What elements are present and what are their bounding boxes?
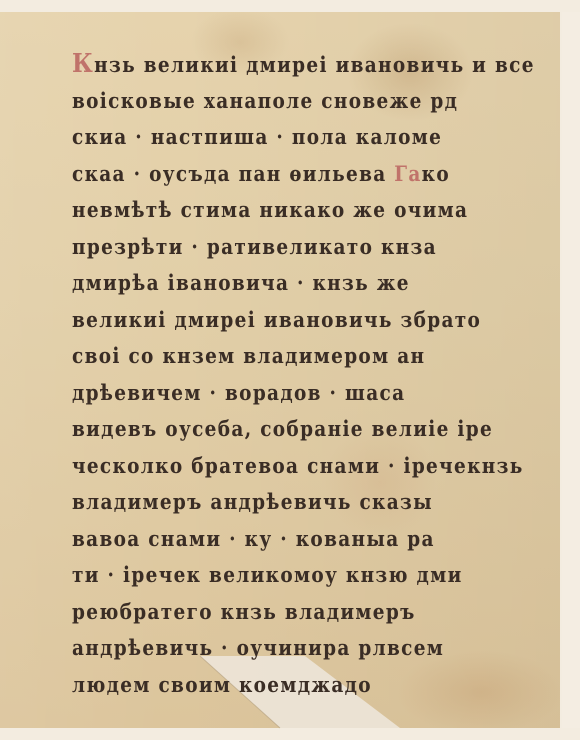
text-line-2: воісковые ханаполе сновеже рд — [72, 83, 494, 120]
right-page-margin — [562, 12, 580, 728]
text-line-11: видевъ оусеба, собраніе велиіе іре — [72, 411, 494, 448]
text-line-3: скиа · настпиша · пола каломе — [72, 119, 494, 156]
text-line-13: владимеръ андрѣевичь сказы — [72, 484, 494, 521]
red-initial-letter: К — [72, 49, 94, 79]
text-line-17: андрѣевичь · оучинира рлвсем — [72, 630, 494, 667]
text-line-5: невмѣтѣ стима никако же очима — [72, 192, 494, 229]
text-line-4: скаа · оусъда пан ѳильева Гако — [72, 156, 494, 193]
text-line-7: дмирѣа івановича · кнзь же — [72, 265, 494, 302]
text-line-15: ти · іречек великомоу кнзю дми — [72, 557, 494, 594]
text-line-6: презрѣти · ративеликато кнза — [72, 229, 494, 266]
text-line-14: вавоа снами · ку · кованыа ра — [72, 521, 494, 558]
text-line-1: Кнзь великиі дмиреі ивановичь и все — [72, 46, 494, 83]
text-line-12: ческолко братевоа снами · іречекнзь — [72, 448, 494, 485]
text-line-8: великиі дмиреі ивановичь збрато — [72, 302, 494, 339]
text-line-16: реюбратего кнзь владимеръ — [72, 594, 494, 631]
text-line-18: людем своим коемджадо — [72, 667, 494, 704]
rubric-letters: Га — [394, 161, 421, 186]
text-line-9: своі со кнзем владимером ан — [72, 338, 494, 375]
text-line-10: дрѣевичем · ворадов · шаса — [72, 375, 494, 412]
manuscript-text: Кнзь великиі дмиреі ивановичь и все воіс… — [72, 46, 552, 703]
